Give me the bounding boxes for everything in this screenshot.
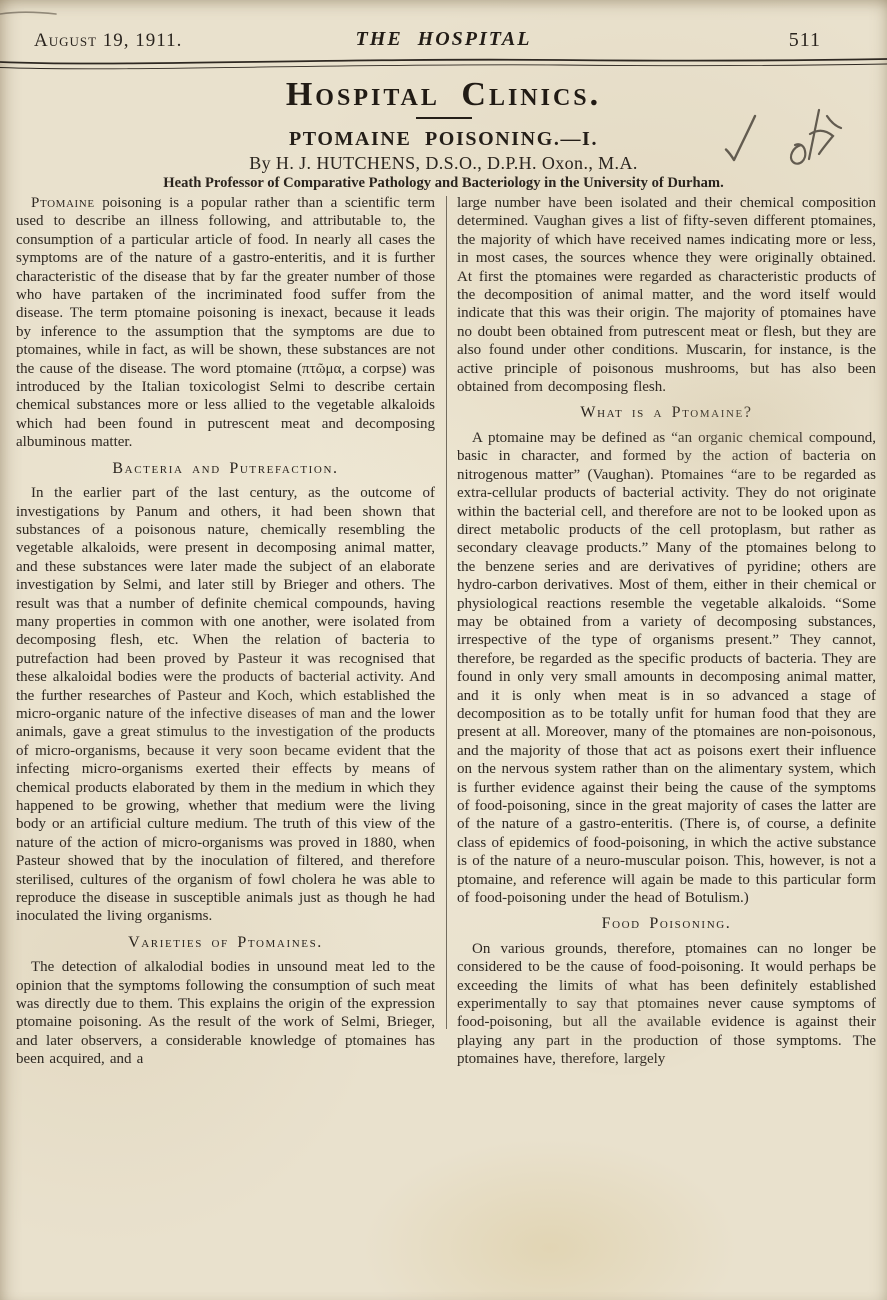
paragraph: In the earlier part of the last century,… [16, 484, 435, 926]
section-masthead: Hospital Clinics. [0, 76, 887, 114]
paragraph: A ptomaine may be defined as “an organic… [457, 429, 876, 908]
section-heading-what-is-a-ptomaine: What is a Ptomaine? [457, 404, 876, 422]
paragraph: On various grounds, therefore, ptomaines… [457, 940, 876, 1069]
section-heading-varieties-of-ptomaines: Varieties of Ptomaines. [16, 934, 435, 952]
journal-page: August 19, 1911. THE HOSPITAL 511 Hospit… [0, 0, 887, 1300]
section-heading-bacteria-and-putrefaction: Bacteria and Putrefaction. [16, 460, 435, 478]
article-body: Ptomaine poisoning is a popular rather t… [16, 194, 876, 1069]
page-number: 511 [789, 29, 821, 52]
paragraph: The detection of alkalodial bodies in un… [16, 958, 435, 1068]
paragraph: Ptomaine poisoning is a popular rather t… [16, 194, 435, 452]
masthead-rule [416, 117, 472, 119]
journal-title: THE HOSPITAL [356, 28, 532, 51]
right-column: large number have been isolated and thei… [457, 194, 876, 1069]
lead-word: Ptomaine [31, 195, 95, 211]
header-double-rule [0, 53, 887, 73]
issue-date: August 19, 1911. [34, 30, 182, 52]
article-title: PTOMAINE POISONING.—I. [0, 128, 887, 151]
column-divider-rule [446, 196, 447, 1029]
paragraph-text: poisoning is a popular rather than a sci… [16, 195, 435, 450]
left-column: Ptomaine poisoning is a popular rather t… [16, 194, 435, 1069]
paragraph: large number have been isolated and thei… [457, 194, 876, 396]
section-heading-food-poisoning: Food Poisoning. [457, 915, 876, 933]
article-byline: By H. J. HUTCHENS, D.S.O., D.P.H. Oxon.,… [0, 153, 887, 174]
scan-artifact [0, 4, 200, 24]
author-affiliation: Heath Professor of Comparative Pathology… [0, 175, 887, 192]
